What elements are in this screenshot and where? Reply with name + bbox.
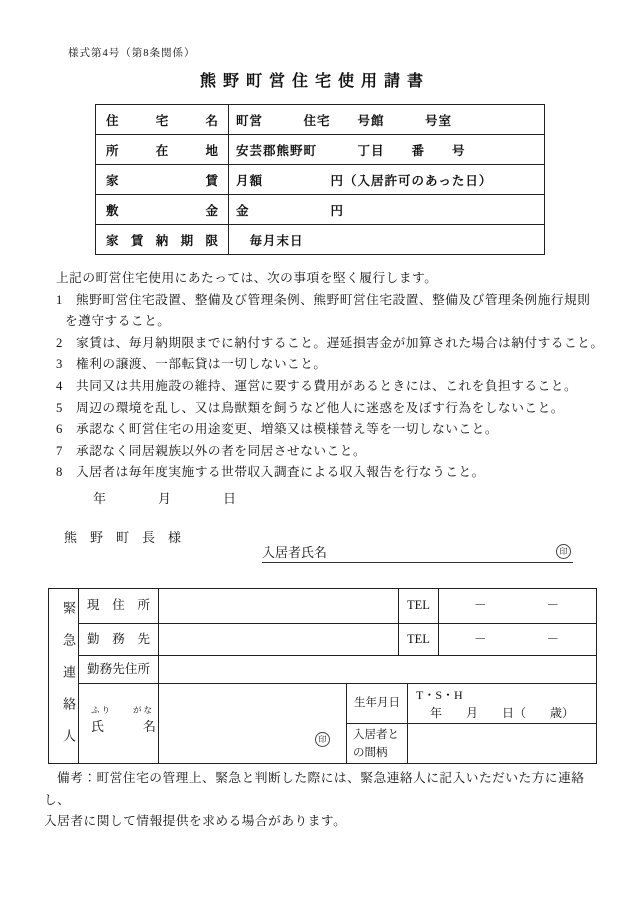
- remarks-line2: 入居者に関して情報提供を求める場合があります。: [44, 811, 610, 833]
- current-address-tel-label: TEL: [399, 589, 439, 624]
- form-page: 様式第4号（第8条関係） 熊野町営住宅使用請書 住宅名 町営 住宅 号館 号室 …: [0, 0, 630, 903]
- table-row: 住宅名 町営 住宅 号館 号室: [96, 105, 545, 135]
- emergency-contact-table: 緊急連絡人 現住所 TEL － － 勤務先 TEL － － 勤務先住所 ふり が…: [48, 588, 597, 764]
- birth-date-format: 年 月 日（ 歳）: [416, 704, 596, 722]
- relation-label: 入居者と の間柄: [347, 724, 408, 763]
- pledge-intro: 上記の町営住宅使用にあたっては、次の事項を堅く履行します。: [56, 268, 610, 290]
- rent-due-label: 家賃納期限: [96, 225, 229, 255]
- table-row: 所在地 安芸郡熊野町 丁目 番 号: [96, 135, 545, 165]
- relation-label-line1: 入居者と: [353, 726, 403, 744]
- pledge-item-2: 2 家賃は、毎月納期限までに納付すること。遅延損害金が加算された場合は納付するこ…: [56, 333, 610, 355]
- pledge-item-3: 3 権利の譲渡、一部転貸は一切しないこと。: [56, 354, 610, 376]
- pledge-section: 上記の町営住宅使用にあたっては、次の事項を堅く履行します。 1 熊野町営住宅設置…: [44, 268, 610, 484]
- pledge-item-8: 8 入居者は毎年度実施する世帯収入調査による収入報告を行なうこと。: [56, 462, 610, 484]
- workplace-label: 勤務先: [79, 624, 159, 656]
- pledge-item-5: 5 周辺の環境を乱し、又は鳥獣類を飼うなど他人に迷惑を及ぼす行為をしないこと。: [56, 398, 610, 420]
- housing-info-table: 住宅名 町営 住宅 号館 号室 所在地 安芸郡熊野町 丁目 番 号 家賃 月額 …: [95, 104, 545, 255]
- housing-name-value: 町営 住宅 号館 号室: [229, 105, 545, 135]
- date-line: 年 月 日: [93, 488, 236, 507]
- pledge-item-6: 6 承認なく町営住宅の用途変更、増築又は模様替え等を一切しないこと。: [56, 419, 610, 441]
- furigana-label: ふり がな: [91, 704, 158, 716]
- pledge-item-1-cont: を遵守すること。: [65, 311, 610, 333]
- name-label-cell: ふり がな 氏 名: [79, 684, 159, 763]
- workplace-address-label: 勤務先住所: [79, 656, 159, 684]
- location-value: 安芸郡熊野町 丁目 番 号: [229, 135, 545, 165]
- rent-label: 家賃: [96, 165, 229, 195]
- current-address-field: [159, 589, 399, 624]
- name-label: 氏 名: [91, 716, 158, 735]
- emergency-contact-side-label: 緊急連絡人: [49, 589, 79, 763]
- relation-field: [408, 724, 596, 763]
- pledge-item-7: 7 承認なく同居親族以外の者を同居させないこと。: [56, 441, 610, 463]
- table-row: 家賃納期限 毎月末日: [96, 225, 545, 255]
- workplace-tel-label: TEL: [399, 624, 439, 656]
- relation-label-line2: の間柄: [353, 744, 403, 762]
- location-label: 所在地: [96, 135, 229, 165]
- current-address-phone-field: － －: [439, 589, 596, 624]
- seal-icon: 印: [556, 544, 571, 559]
- rent-value: 月額 円（入居許可のあった日）: [229, 165, 545, 195]
- remarks-note: 備考：町営住宅の管理上、緊急と判断した際には、緊急連絡人に記入いただいた方に連絡…: [44, 768, 610, 833]
- rent-due-value: 毎月末日: [229, 225, 545, 255]
- applicant-name-field: 入居者氏名 印: [262, 542, 573, 563]
- workplace-field: [159, 624, 399, 656]
- table-row: 家賃 月額 円（入居許可のあった日）: [96, 165, 545, 195]
- birth-date-label: 生年月日: [347, 684, 408, 724]
- birth-date-field: T・S・H 年 月 日（ 歳）: [408, 684, 596, 724]
- form-number: 様式第4号（第8条関係）: [68, 45, 196, 60]
- addressee-mayor: 熊 野 町 長 様: [64, 527, 181, 546]
- deposit-value: 金 円: [229, 195, 545, 225]
- name-field: 印: [159, 684, 347, 763]
- table-row: 敷金 金 円: [96, 195, 545, 225]
- workplace-phone-field: － －: [439, 624, 596, 656]
- pledge-item-1: 1 熊野町営住宅設置、整備及び管理条例、熊野町営住宅設置、整備及び管理条例施行規…: [56, 290, 610, 312]
- page-title: 熊野町営住宅使用請書: [0, 68, 630, 91]
- pledge-item-4: 4 共同又は共用施設の維持、運営に要する費用があるときには、これを負担すること。: [56, 376, 610, 398]
- housing-name-label: 住宅名: [96, 105, 229, 135]
- workplace-address-field: [159, 656, 596, 684]
- birth-era-options: T・S・H: [416, 686, 596, 704]
- current-address-label: 現住所: [79, 589, 159, 624]
- deposit-label: 敷金: [96, 195, 229, 225]
- remarks-line1: 備考：町営住宅の管理上、緊急と判断した際には、緊急連絡人に記入いただいた方に連絡…: [44, 768, 610, 811]
- seal-icon: 印: [315, 732, 330, 747]
- applicant-name-label: 入居者氏名: [262, 542, 327, 561]
